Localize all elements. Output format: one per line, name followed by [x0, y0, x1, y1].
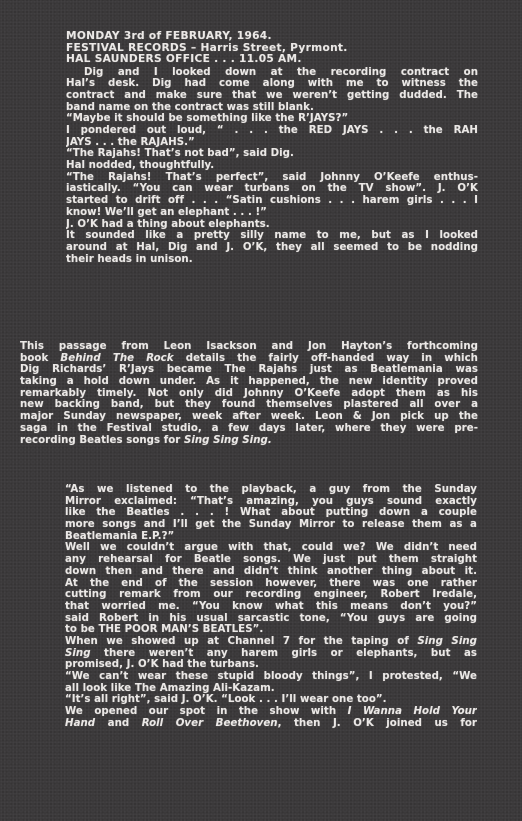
- text-line: know! We’ll get an elephant . . . !”: [66, 207, 478, 219]
- text-line: more songs and I’ll get the Sunday Mirro…: [65, 519, 477, 531]
- text-segment: details the fairly off-handed way in whi…: [174, 353, 478, 364]
- text-line: new backing band, but they found themsel…: [20, 399, 478, 411]
- text-line: like the Beatles . . . ! What about putt…: [65, 507, 477, 519]
- text-line: “It’s all right”, said J. O’K. “Look . .…: [65, 694, 477, 706]
- text-segment: When we showed up at Channel 7 for the t…: [65, 636, 417, 647]
- text-segment: “As we listened to the playback, a guy f…: [65, 484, 477, 495]
- editorial-paragraph: This passage from Leon Isackson and Jon …: [20, 341, 478, 446]
- text-line: “We can’t wear these stupid bloody thing…: [65, 671, 477, 683]
- text-segment: more songs and I’ll get the Sunday Mirro…: [65, 519, 477, 530]
- text-line: JAYS . . . the RAJAHS.”: [66, 137, 478, 149]
- text-line: down then and there and didn’t think ano…: [65, 566, 477, 578]
- italic-title: Sing: [65, 648, 91, 659]
- text-line: recording Beatles songs for Sing Sing Si…: [20, 435, 478, 447]
- text-segment: saga in the Festival studio, a few days …: [20, 423, 478, 434]
- text-segment: “We can’t wear these stupid bloody thing…: [65, 671, 477, 682]
- text-line: cutting remark from our recording engine…: [65, 589, 477, 601]
- text-line: HAL SAUNDERS OFFICE . . . 11.05 AM.: [66, 54, 478, 66]
- text-line: that worried me. “You know what this mea…: [65, 601, 477, 613]
- text-segment: Mirror exclaimed: “That’s amazing, you g…: [65, 496, 477, 507]
- text-line: iastically. “You can wear turbans on the…: [66, 183, 478, 195]
- text-line: to be THE POOR MAN’S BEATLES”.: [65, 624, 477, 636]
- text-segment: like the Beatles . . . ! What about putt…: [65, 507, 477, 518]
- text-line: Dig and I looked down at the recording c…: [66, 67, 478, 79]
- text-line: Hal’s desk. Dig had come along with me t…: [66, 78, 478, 90]
- text-line: remarkably timely. Not only did Johnny O…: [20, 388, 478, 400]
- text-segment: “It’s all right”, said J. O’K. “Look . .…: [65, 694, 387, 705]
- text-line: MONDAY 3rd of FEBRUARY, 1964.: [66, 31, 478, 43]
- text-segment: remarkably timely. Not only did Johnny O…: [20, 388, 478, 399]
- italic-title: Hand: [65, 718, 95, 729]
- text-segment: there weren’t any harem girls or elephan…: [91, 648, 477, 659]
- italic-title: I Wanna Hold Your: [348, 706, 477, 717]
- text-segment: At the end of the session however, there…: [65, 578, 477, 589]
- text-line: When we showed up at Channel 7 for the t…: [65, 636, 477, 648]
- text-line: contract and make sure that we weren’t g…: [66, 90, 478, 102]
- text-line: “The Rajahs! That’s not bad”, said Dig.: [66, 148, 478, 160]
- text-segment: , then J. O’K joined us for: [278, 718, 477, 729]
- diary-excerpt: MONDAY 3rd of FEBRUARY, 1964.FESTIVAL RE…: [66, 31, 478, 265]
- text-segment: recording Beatles songs for: [20, 435, 184, 446]
- text-segment: taking a hold down under. As it happened…: [20, 376, 478, 387]
- text-line: “As we listened to the playback, a guy f…: [65, 484, 477, 496]
- text-line: “The Rajahs! That’s perfect”, said Johnn…: [66, 172, 478, 184]
- text-segment: to be THE POOR MAN’S BEATLES”.: [65, 624, 263, 635]
- text-segment: promised, J. O’K had the turbans.: [65, 659, 259, 670]
- text-line: This passage from Leon Isackson and Jon …: [20, 341, 478, 353]
- text-line: band name on the contract was still blan…: [66, 102, 478, 114]
- text-segment: down then and there and didn’t think ano…: [65, 566, 477, 577]
- text-line: I pondered out loud, “ . . . the RED JAY…: [66, 125, 478, 137]
- text-segment: Dig Richards’ R’Jays became The Rajahs j…: [20, 364, 478, 375]
- text-line: J. O’K had a thing about elephants.: [66, 219, 478, 231]
- text-line: saga in the Festival studio, a few days …: [20, 423, 478, 435]
- text-line: FESTIVAL RECORDS – Harris Street, Pyrmon…: [66, 43, 478, 55]
- text-segment: This passage from Leon Isackson and Jon …: [20, 341, 478, 352]
- italic-title: Sing Sing: [417, 636, 477, 647]
- text-line: Dig Richards’ R’Jays became The Rajahs j…: [20, 364, 478, 376]
- text-line: all look like The Amazing Ali-Kazam.: [65, 683, 477, 695]
- text-segment: said Robert in his usual sarcastic tone,…: [65, 613, 477, 624]
- text-line: Hand and Roll Over Beethoven, then J. O’…: [65, 718, 477, 730]
- text-segment: all look like The Amazing Ali-Kazam.: [65, 683, 275, 694]
- text-line: Well we couldn’t argue with that, could …: [65, 542, 477, 554]
- text-line: We opened our spot in the show with I Wa…: [65, 706, 477, 718]
- text-segment: and: [95, 718, 142, 729]
- text-line: major Sunday newspaper, week after week.…: [20, 411, 478, 423]
- text-segment: Beatlemania E.P.?”: [65, 531, 174, 542]
- text-line: taking a hold down under. As it happened…: [20, 376, 478, 388]
- text-line: around at Hal, Dig and J. O’K, they all …: [66, 242, 478, 254]
- text-segment: new backing band, but they found themsel…: [20, 399, 478, 410]
- text-segment: that worried me. “You know what this mea…: [65, 601, 477, 612]
- text-line: started to drift off . . . “Satin cushio…: [66, 195, 478, 207]
- italic-title: Behind The Rock: [60, 353, 173, 364]
- text-segment: major Sunday newspaper, week after week.…: [20, 411, 478, 422]
- text-line: Hal nodded, thoughtfully.: [66, 160, 478, 172]
- text-line: Beatlemania E.P.?”: [65, 531, 477, 543]
- text-line: Sing there weren’t any harem girls or el…: [65, 648, 477, 660]
- text-segment: cutting remark from our recording engine…: [65, 589, 477, 600]
- text-line: At the end of the session however, there…: [65, 578, 477, 590]
- text-segment: book: [20, 353, 60, 364]
- scanned-page: MONDAY 3rd of FEBRUARY, 1964.FESTIVAL RE…: [0, 0, 522, 821]
- text-line: promised, J. O’K had the turbans.: [65, 659, 477, 671]
- text-segment: any rehearsal for Beatle songs. We just …: [65, 554, 477, 565]
- italic-title: Roll Over Beethoven: [142, 718, 278, 729]
- text-line: their heads in unison.: [66, 254, 478, 266]
- text-line: It sounded like a pretty silly name to m…: [66, 230, 478, 242]
- text-line: book Behind The Rock details the fairly …: [20, 353, 478, 365]
- italic-title: Sing Sing Sing.: [184, 435, 272, 446]
- quoted-excerpt: “As we listened to the playback, a guy f…: [65, 484, 477, 729]
- text-line: any rehearsal for Beatle songs. We just …: [65, 554, 477, 566]
- text-line: said Robert in his usual sarcastic tone,…: [65, 613, 477, 625]
- text-line: Mirror exclaimed: “That’s amazing, you g…: [65, 496, 477, 508]
- text-segment: We opened our spot in the show with: [65, 706, 348, 717]
- text-segment: Well we couldn’t argue with that, could …: [65, 542, 477, 553]
- text-line: “Maybe it should be something like the R…: [66, 113, 478, 125]
